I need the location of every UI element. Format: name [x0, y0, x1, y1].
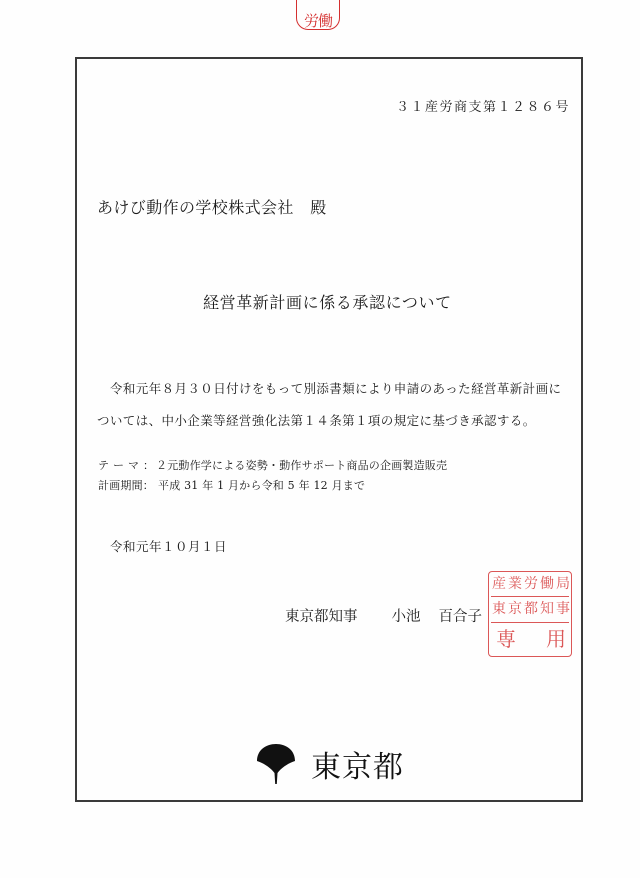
seal-char: 知	[540, 601, 552, 617]
seal-char: 京	[508, 601, 520, 617]
document-frame	[75, 57, 583, 802]
seal-char: 東	[492, 601, 504, 617]
body-paragraph-line-1: 令和元年８月３０日付けをもって別添書類により申請のあった経営革新計画に	[110, 379, 561, 397]
detail-theme: テーマ：２元動作学による姿勢・動作サポート商品の企画製造販売	[98, 457, 447, 473]
seal-char: 局	[556, 576, 568, 592]
signer: 東京都知事小池百合子	[285, 605, 482, 626]
official-seal: 産 業 労 働 局 東 京 都 知 事 専 用	[488, 571, 572, 657]
seal-char: 都	[524, 601, 536, 617]
seal-char: 用	[546, 628, 564, 650]
seal-divider	[491, 596, 569, 597]
logo-text: 東京都	[311, 742, 404, 786]
detail-plan-period-label: 計画期間：	[98, 477, 158, 493]
document-page: 労働 ３１産労商支第１２８６号 あけび動作の学校株式会社 殿 経営革新計画に係る…	[0, 0, 640, 878]
seal-row-3: 専 用	[492, 628, 568, 650]
signer-title: 東京都知事	[285, 609, 358, 625]
detail-theme-label: テーマ：	[98, 457, 156, 473]
tally-seal-text: 労働	[296, 0, 340, 30]
seal-char: 業	[508, 576, 520, 592]
ginkgo-leaf-icon	[255, 743, 297, 785]
signer-given-name: 百合子	[439, 609, 483, 625]
addressee: あけび動作の学校株式会社 殿	[97, 195, 327, 218]
document-title: 経営革新計画に係る承認について	[203, 290, 452, 313]
seal-char: 働	[540, 576, 552, 592]
detail-plan-period-value: 平成 31 年 1 月から令和 5 年 12 月まで	[158, 477, 365, 493]
detail-plan-period: 計画期間：平成 31 年 1 月から令和 5 年 12 月まで	[98, 477, 365, 493]
top-tally-seal: 労働	[296, 0, 340, 30]
issue-date: 令和元年１０月１日	[110, 537, 227, 555]
seal-char: 専	[496, 628, 514, 650]
detail-theme-value: ２元動作学による姿勢・動作サポート商品の企画製造販売	[156, 457, 447, 473]
seal-row-2: 東 京 都 知 事	[492, 601, 568, 617]
document-number: ３１産労商支第１２８６号	[396, 96, 570, 115]
seal-char: 事	[556, 601, 568, 617]
seal-char: 産	[492, 576, 504, 592]
signer-family-name: 小池	[392, 609, 421, 625]
tokyo-logo: 東京都	[255, 742, 404, 786]
seal-row-1: 産 業 労 働 局	[492, 576, 568, 592]
seal-divider	[491, 622, 569, 623]
seal-char: 労	[524, 576, 536, 592]
body-paragraph-line-2: ついては、中小企業等経営強化法第１４条第１項の規定に基づき承認する。	[97, 411, 536, 429]
